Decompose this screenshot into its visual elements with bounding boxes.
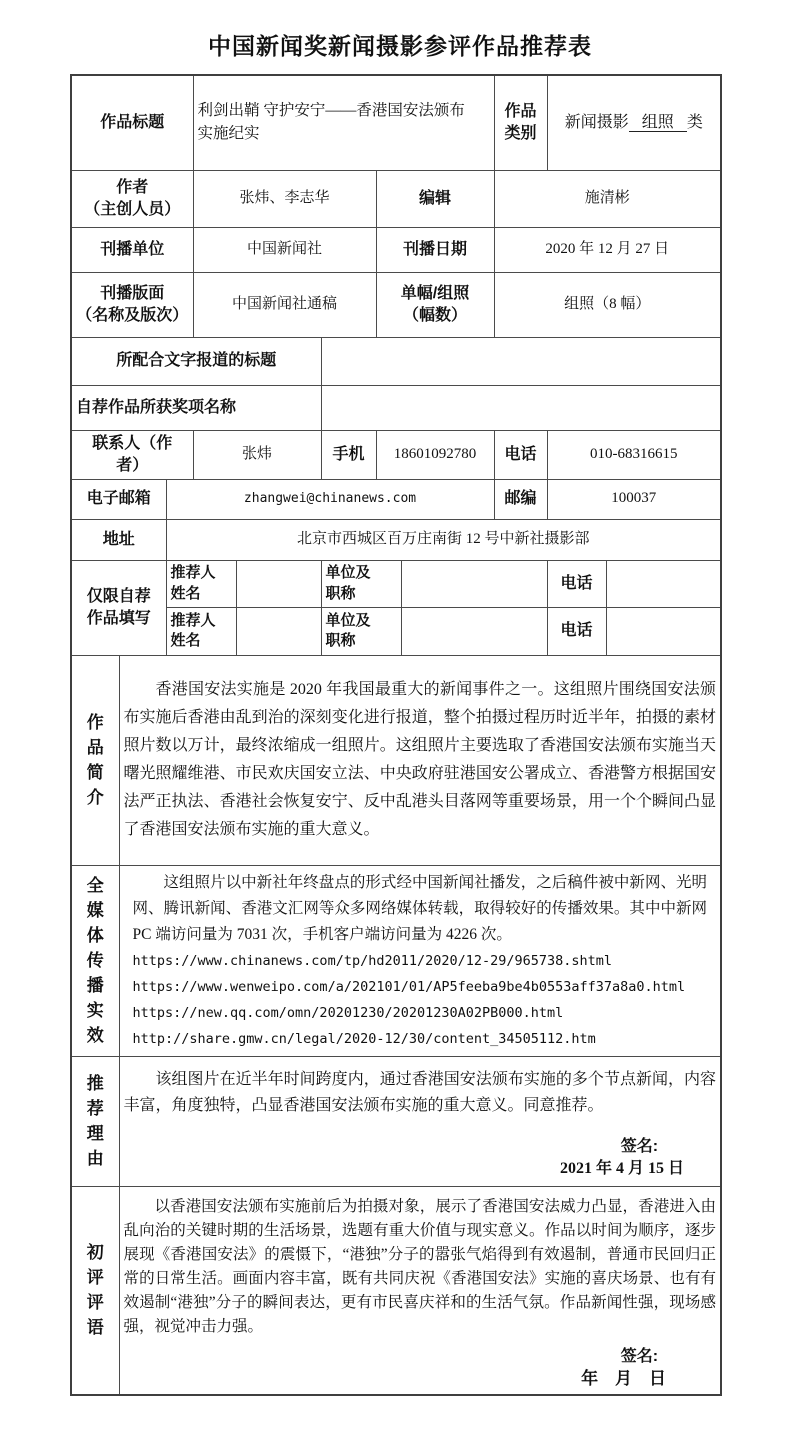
media-effect-text: 这组照片以中新社年终盘点的形式经中国新闻社播发，之后稿件被中新网、光明网、腾讯新… (133, 870, 708, 948)
recommendation-form-table: 作品标题 利剑出鞘 守护安宁——香港国安法颁布实施纪实 作品 类别 新闻摄影组照… (70, 74, 722, 1396)
email-label: 电子邮箱 (71, 479, 166, 519)
intro-text: 香港国安法实施是 2020 年我国最重大的新闻事件之一。这组照片围绕国安法颁布实… (124, 676, 717, 844)
recommend-reason-cell: 该组图片在近半年时间跨度内，通过香港国安法颁布实施的多个节点新闻，内容丰富，角度… (119, 1056, 721, 1186)
row-self-award: 自荐作品所获奖项名称 (71, 385, 721, 430)
address-value: 北京市西城区百万庄南街 12 号中新社摄影部 (166, 519, 721, 560)
email-value: zhangwei@chinanews.com (166, 479, 494, 519)
preliminary-review-text: 以香港国安法颁布实施前后为拍摄对象，展示了香港国安法威力凸显，香港进入由乱向治的… (124, 1195, 717, 1339)
recommender1-phone-label: 电话 (547, 560, 606, 607)
text-report-title-label: 所配合文字报道的标题 (71, 337, 321, 385)
self-award-label: 自荐作品所获奖项名称 (71, 385, 321, 430)
row-self-recommend-1: 仅限自荐 作品填写 推荐人 姓名 单位及 职称 电话 (71, 560, 721, 607)
author-label: 作者 （主创人员） (71, 170, 193, 227)
recommender1-name-value (236, 560, 321, 607)
recommender1-name-label: 推荐人 姓名 (166, 560, 236, 607)
postcode-label: 邮编 (494, 479, 547, 519)
row-address: 地址 北京市西城区百万庄南街 12 号中新社摄影部 (71, 519, 721, 560)
row-email: 电子邮箱 zhangwei@chinanews.com 邮编 100037 (71, 479, 721, 519)
publish-unit-value: 中国新闻社 (193, 227, 376, 272)
contact-value: 张炜 (193, 430, 321, 479)
row-work-title: 作品标题 利剑出鞘 守护安宁——香港国安法颁布实施纪实 作品 类别 新闻摄影组照… (71, 75, 721, 170)
preliminary-review-label: 初 评 评 语 (71, 1186, 119, 1395)
preliminary-review-cell: 以香港国安法颁布实施前后为拍摄对象，展示了香港国安法威力凸显，香港进入由乱向治的… (119, 1186, 721, 1395)
media-effect-url-4: http://share.gmw.cn/legal/2020-12/30/con… (133, 1026, 708, 1052)
intro-cell: 香港国安法实施是 2020 年我国最重大的新闻事件之一。这组照片围绕国安法颁布实… (119, 655, 721, 865)
phone-label: 电话 (494, 430, 547, 479)
row-publish-page: 刊播版面 （名称及版次） 中国新闻社通稿 单幅/组照 （幅数） 组照（8 幅） (71, 272, 721, 337)
work-title-label: 作品标题 (71, 75, 193, 170)
publish-page-label: 刊播版面 （名称及版次） (71, 272, 193, 337)
preliminary-review-date: 年 月 日 (124, 1366, 717, 1392)
row-recommend-reason: 推 荐 理 由 该组图片在近半年时间跨度内，通过香港国安法颁布实施的多个节点新闻… (71, 1056, 721, 1186)
publish-date-value: 2020 年 12 月 27 日 (494, 227, 721, 272)
editor-value: 施清彬 (494, 170, 721, 227)
media-effect-url-1: https://www.chinanews.com/tp/hd2011/2020… (133, 948, 708, 974)
page-title: 中国新闻奖新闻摄影参评作品推荐表 (0, 28, 800, 61)
photo-count-value: 组照（8 幅） (494, 272, 721, 337)
intro-label: 作 品 简 介 (71, 655, 119, 865)
recommender2-unit-value (401, 607, 547, 655)
category-value: 新闻摄影组照类 (547, 75, 721, 170)
recommend-reason-sign-label: 签名: (124, 1133, 717, 1156)
recommender2-name-label: 推荐人 姓名 (166, 607, 236, 655)
preliminary-review-sign-label: 签名: (124, 1343, 717, 1366)
row-author: 作者 （主创人员） 张炜、李志华 编辑 施清彬 (71, 170, 721, 227)
row-preliminary-review: 初 评 评 语 以香港国安法颁布实施前后为拍摄对象，展示了香港国安法威力凸显，香… (71, 1186, 721, 1395)
self-recommend-label: 仅限自荐 作品填写 (71, 560, 166, 655)
media-effect-label: 全 媒 体 传 播 实 效 (71, 865, 119, 1056)
publish-page-value: 中国新闻社通稿 (193, 272, 376, 337)
photo-count-label: 单幅/组照 （幅数） (376, 272, 494, 337)
text-report-title-value (321, 337, 721, 385)
row-media-effect: 全 媒 体 传 播 实 效 这组照片以中新社年终盘点的形式经中国新闻社播发，之后… (71, 865, 721, 1056)
work-title-value: 利剑出鞘 守护安宁——香港国安法颁布实施纪实 (193, 75, 494, 170)
phone-value: 010-68316615 (547, 430, 721, 479)
editor-label: 编辑 (376, 170, 494, 227)
contact-label: 联系人（作 者） (71, 430, 193, 479)
media-effect-cell: 这组照片以中新社年终盘点的形式经中国新闻社播发，之后稿件被中新网、光明网、腾讯新… (119, 865, 721, 1056)
row-intro: 作 品 简 介 香港国安法实施是 2020 年我国最重大的新闻事件之一。这组照片… (71, 655, 721, 865)
recommend-reason-label: 推 荐 理 由 (71, 1056, 119, 1186)
mobile-label: 手机 (321, 430, 376, 479)
category-label: 作品 类别 (494, 75, 547, 170)
category-suffix: 类 (687, 114, 703, 131)
recommender2-name-value (236, 607, 321, 655)
row-self-recommend-2: 推荐人 姓名 单位及 职称 电话 (71, 607, 721, 655)
recommender2-unit-label: 单位及 职称 (321, 607, 401, 655)
media-effect-url-3: https://new.qq.com/omn/20201230/20201230… (133, 1000, 708, 1026)
publish-date-label: 刊播日期 (376, 227, 494, 272)
recommender1-unit-label: 单位及 职称 (321, 560, 401, 607)
author-value: 张炜、李志华 (193, 170, 376, 227)
recommender1-unit-value (401, 560, 547, 607)
category-underlined-value: 组照 (629, 114, 687, 132)
self-award-value (321, 385, 721, 430)
recommender2-phone-label: 电话 (547, 607, 606, 655)
recommend-reason-text: 该组图片在近半年时间跨度内，通过香港国安法颁布实施的多个节点新闻，内容丰富，角度… (124, 1067, 717, 1119)
category-prefix: 新闻摄影 (565, 114, 629, 131)
recommender2-phone-value (606, 607, 721, 655)
mobile-value: 18601092780 (376, 430, 494, 479)
row-text-report-title: 所配合文字报道的标题 (71, 337, 721, 385)
postcode-value: 100037 (547, 479, 721, 519)
address-label: 地址 (71, 519, 166, 560)
recommend-reason-date: 2021 年 4 月 15 日 (124, 1156, 717, 1182)
media-effect-url-2: https://www.wenweipo.com/a/202101/01/AP5… (133, 974, 708, 1000)
recommender1-phone-value (606, 560, 721, 607)
publish-unit-label: 刊播单位 (71, 227, 193, 272)
row-publish-unit: 刊播单位 中国新闻社 刊播日期 2020 年 12 月 27 日 (71, 227, 721, 272)
row-contact: 联系人（作 者） 张炜 手机 18601092780 电话 010-683166… (71, 430, 721, 479)
